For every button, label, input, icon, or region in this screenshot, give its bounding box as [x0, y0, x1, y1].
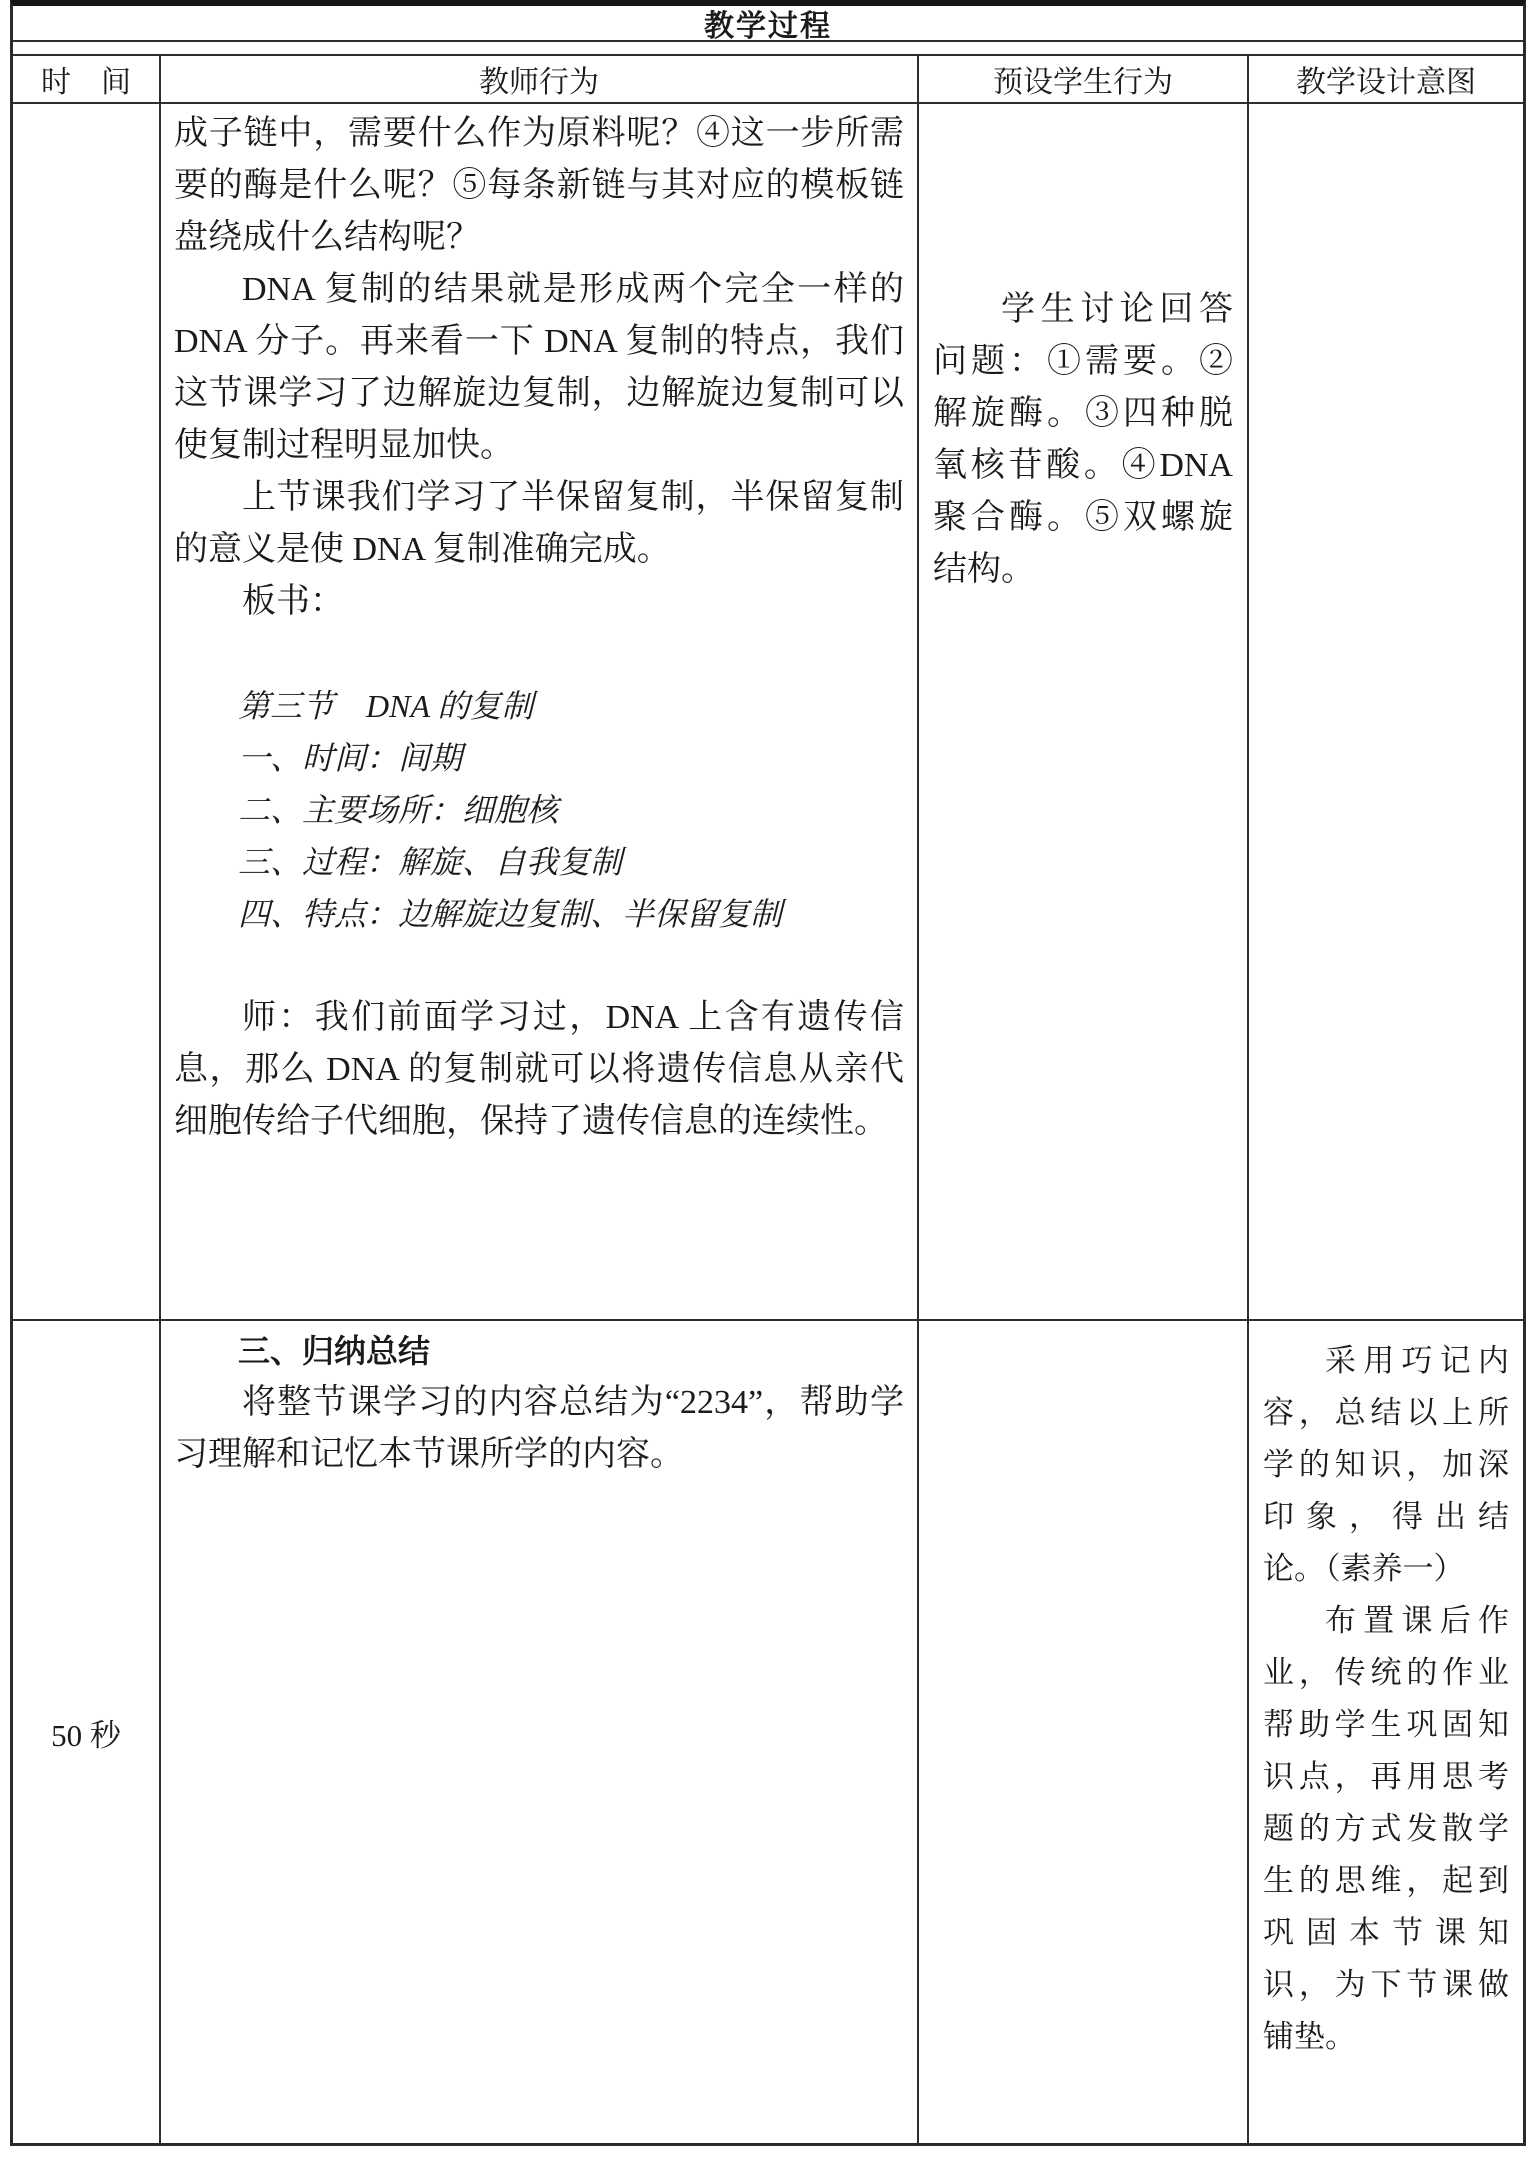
board-writing-line: 三、过程：解旋、自我复制	[174, 836, 904, 888]
col-header-intent: 教学设计意图	[1249, 56, 1523, 102]
board-writing-line: 四、特点：边解旋边复制、半保留复制	[174, 888, 904, 940]
cell-intent-row2: 采用巧记内容，总结以上所学的知识，加深印象，得出结论。（素养一） 布置课后作业，…	[1249, 1321, 1523, 2143]
col-header-time: 时 间	[13, 56, 161, 102]
scanned-lesson-plan-page: 教学过程 时 间 教师行为 预设学生行为 教学设计意图 成子链中，需要什么	[0, 0, 1536, 2161]
blank-line	[174, 940, 904, 992]
cell-student-row1: 学生讨论回答问题：①需要。②解旋酶。③四种脱氧核苷酸。④DNA 聚合酶。⑤双螺旋…	[919, 104, 1249, 1319]
cell-teacher-row2: 三、归纳总结 将整节课学习的内容总结为“2234”，帮助学习理解和记忆本节课所学…	[161, 1321, 919, 2143]
col-header-student: 预设学生行为	[919, 56, 1249, 102]
cell-time-row2: 50 秒	[13, 1321, 161, 2143]
board-writing-line: 二、主要场所：细胞核	[174, 784, 904, 836]
table-row: 成子链中，需要什么作为原料呢？④这一步所需要的酶是什么呢？⑤每条新链与其对应的模…	[13, 104, 1523, 1321]
student-paragraph: 学生讨论回答问题：①需要。②解旋酶。③四种脱氧核苷酸。④DNA 聚合酶。⑤双螺旋…	[933, 284, 1233, 596]
table-title-row: 教学过程	[13, 6, 1523, 42]
intent-paragraph: 布置课后作业，传统的作业帮助学生巩固知识点，再用思考题的方式发散学生的思维，起到…	[1263, 1595, 1509, 2063]
cell-student-row2	[919, 1321, 1249, 2143]
teacher-paragraph: 板书：	[174, 576, 904, 628]
teacher-paragraph: DNA 复制的结果就是形成两个完全一样的 DNA 分子。再来看一下 DNA 复制…	[174, 264, 904, 472]
teacher-paragraph: 师：我们前面学习过，DNA 上含有遗传信息，那么 DNA 的复制就可以将遗传信息…	[174, 992, 904, 1148]
board-writing-line: 一、时间：间期	[174, 732, 904, 784]
table-title: 教学过程	[704, 1, 832, 45]
cell-time-row1	[13, 104, 161, 1319]
board-writing-line: 第三节 DNA 的复制	[174, 680, 904, 732]
teaching-process-table: 教学过程 时 间 教师行为 预设学生行为 教学设计意图 成子链中，需要什么	[10, 0, 1526, 2146]
time-value: 50 秒	[51, 1710, 121, 1755]
intent-paragraph: 采用巧记内容，总结以上所学的知识，加深印象，得出结论。（素养一）	[1263, 1335, 1509, 1595]
cell-teacher-row1: 成子链中，需要什么作为原料呢？④这一步所需要的酶是什么呢？⑤每条新链与其对应的模…	[161, 104, 919, 1319]
table-row: 50 秒 三、归纳总结 将整节课学习的内容总结为“2234”，帮助学习理解和记忆…	[13, 1321, 1523, 2143]
section-heading: 三、归纳总结	[174, 1325, 904, 1377]
col-header-teacher: 教师行为	[161, 56, 919, 102]
teacher-paragraph: 成子链中，需要什么作为原料呢？④这一步所需要的酶是什么呢？⑤每条新链与其对应的模…	[174, 108, 904, 264]
double-rule-gap	[13, 42, 1523, 54]
teacher-paragraph: 将整节课学习的内容总结为“2234”，帮助学习理解和记忆本节课所学的内容。	[174, 1377, 904, 1481]
column-header-row: 时 间 教师行为 预设学生行为 教学设计意图	[13, 54, 1523, 104]
teacher-paragraph: 上节课我们学习了半保留复制，半保留复制的意义是使 DNA 复制准确完成。	[174, 472, 904, 576]
cell-intent-row1	[1249, 104, 1523, 1319]
blank-line	[174, 628, 904, 680]
